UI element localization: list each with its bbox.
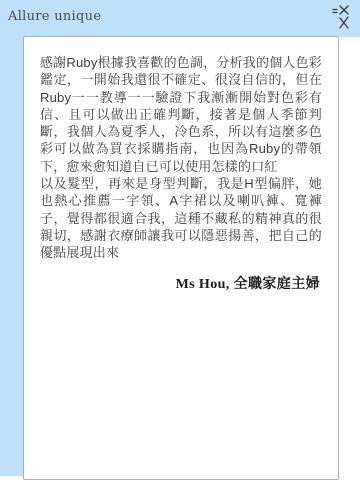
testimonial-card: 感謝Ruby根據我喜歡的色調，分析我的個人色彩鑑定，一開始我還很不確定、很沒自信…: [23, 36, 339, 480]
testimonial-paragraph-2: 以及髮型，再來是身型判斷，我是H型偏胖，她也熱心推薦一字領、A字裙以及喇叭褲、寬…: [40, 175, 322, 261]
page: Allure unique 感謝Ruby根據我喜歡的色調，分析我的個人色彩鑑定，…: [0, 0, 360, 480]
brand-mark-icon: [331, 4, 351, 31]
testimonial-signature: Ms Hou, 全職家庭主婦: [40, 273, 322, 293]
testimonial-paragraph-1: 感謝Ruby根據我喜歡的色調，分析我的個人色彩鑑定，一開始我還很不確定、很沒自信…: [40, 54, 322, 175]
brand-logo-text: Allure unique: [8, 9, 101, 24]
left-frame-band: [0, 0, 23, 476]
